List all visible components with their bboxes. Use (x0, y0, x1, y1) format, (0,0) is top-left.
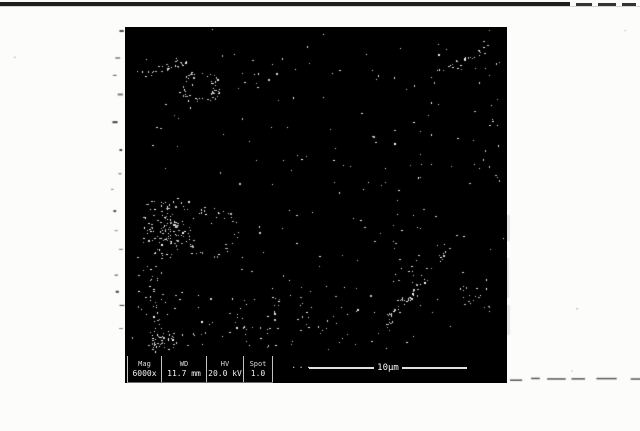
databar-field-value: 11.7 mm (167, 369, 201, 379)
scale-bar: 10μm (309, 360, 467, 376)
databar-field-label: Mag (138, 360, 151, 369)
databar-field-value: 1.0 (251, 369, 265, 379)
databar-cells: Mag 6000x WD 11.7 mm HV 20.0 kV Spot 1.0 (127, 356, 273, 383)
databar-field-label: WD (180, 360, 188, 369)
page-top-rule-dash (622, 3, 636, 6)
databar-field-label: HV (221, 360, 229, 369)
page-top-rule (0, 2, 570, 6)
databar-field-mag: Mag 6000x (128, 356, 162, 382)
scale-bar-line (309, 367, 374, 369)
page-top-rule-dash (576, 3, 592, 6)
databar-field-label: Spot (250, 360, 267, 369)
sem-databar: Mag 6000x WD 11.7 mm HV 20.0 kV Spot 1.0… (125, 355, 507, 383)
sem-micrograph: Mag 6000x WD 11.7 mm HV 20.0 kV Spot 1.0… (125, 27, 507, 383)
databar-field-spot: Spot 1.0 (244, 356, 273, 382)
page-top-rule-dash (598, 3, 616, 6)
sem-speckle-texture (125, 27, 507, 383)
page-top-rule-ghost (0, 6, 640, 7)
scanned-page: Mag 6000x WD 11.7 mm HV 20.0 kV Spot 1.0… (0, 0, 640, 431)
scale-bar-line (402, 367, 467, 369)
databar-field-value: 20.0 kV (208, 369, 242, 379)
scale-bar-label: 10μm (374, 363, 402, 373)
databar-field-value: 6000x (132, 369, 156, 379)
databar-field-wd: WD 11.7 mm (162, 356, 207, 382)
databar-field-hv: HV 20.0 kV (207, 356, 244, 382)
